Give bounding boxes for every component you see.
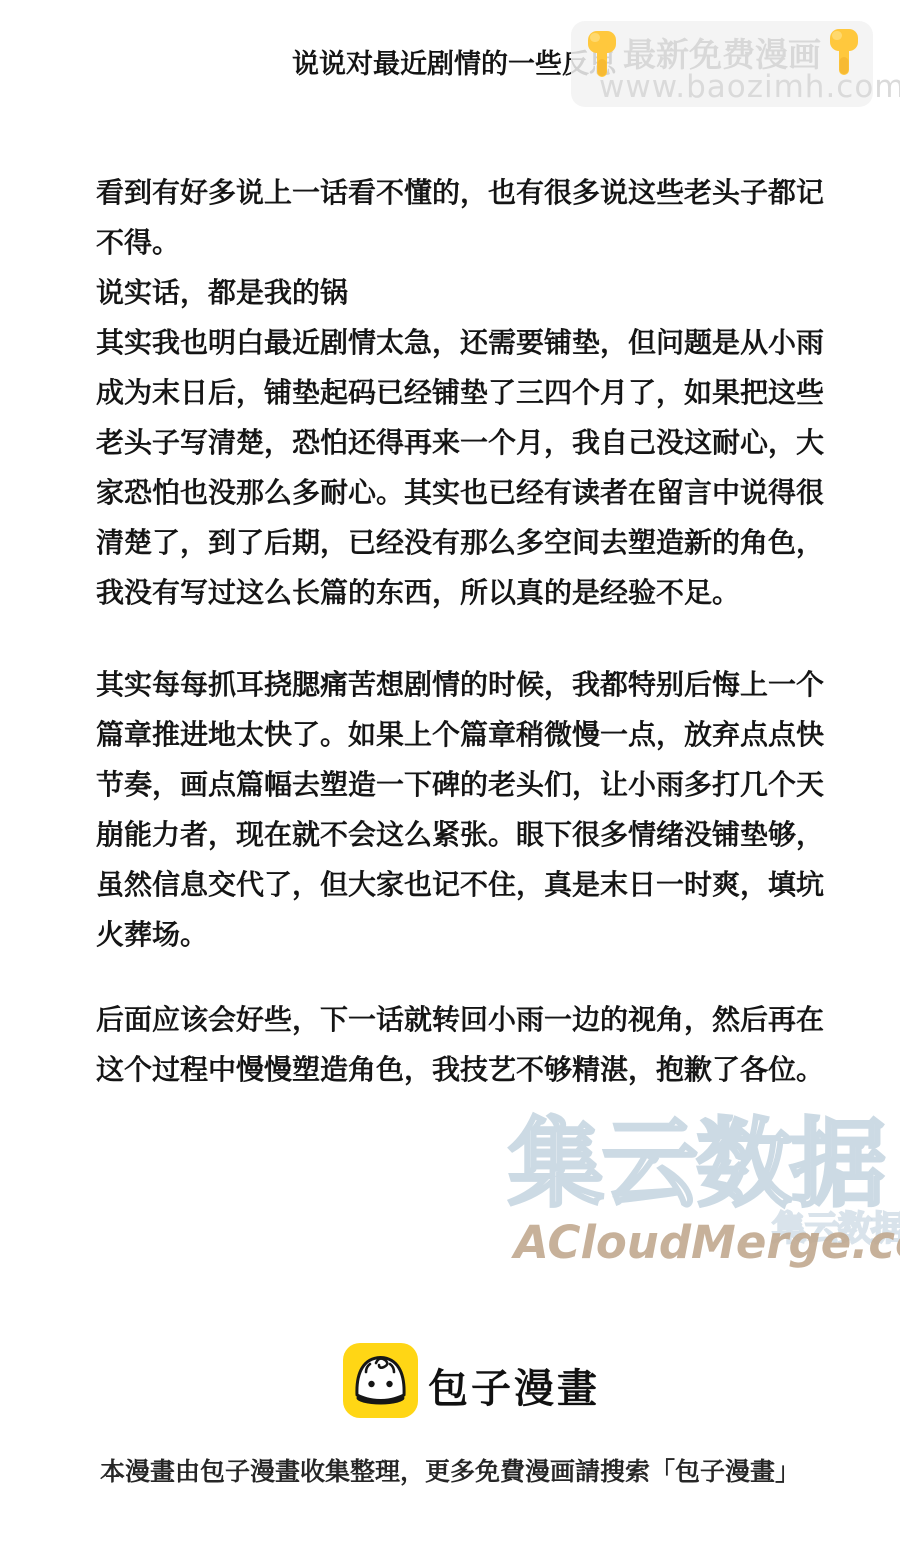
site-watermark-banner: 最新免费漫画 www.baozimh.com xyxy=(571,21,873,107)
text-line: 篇章推进地太快了。如果上个篇章稍微慢一点，放弃点点快 xyxy=(96,710,836,760)
comic-author-note-page: 说说对最近剧情的一些反思 最新免费漫画 www.baozimh.com 看到有 xyxy=(0,0,900,1555)
text-line: 清楚了，到了后期，已经没有那么多空间去塑造新的角色， xyxy=(96,518,836,568)
text-line: 成为末日后，铺垫起码已经铺垫了三四个月了，如果把这些 xyxy=(96,368,836,418)
text-line: 老头子写清楚，恐怕还得再来一个月，我自己没这耐心，大 xyxy=(96,418,836,468)
paragraph: 其实每每抓耳挠腮痛苦想剧情的时候，我都特别后悔上一个篇章推进地太快了。如果上个篇… xyxy=(96,660,836,960)
watermark-bubble-text: 集云数据 xyxy=(508,1116,884,1212)
text-line: 虽然信息交代了，但大家也记不住，真是末日一时爽，填坑 xyxy=(96,860,836,910)
page-title: 说说对最近剧情的一些反思 xyxy=(292,50,616,80)
watermark-url: www.baozimh.com xyxy=(599,69,900,105)
paragraph: 后面应该会好些，下一话就转回小雨一边的视角，然后再在这个过程中慢慢塑造角色，我技… xyxy=(96,995,836,1095)
text-line: 其实每每抓耳挠腮痛苦想剧情的时候，我都特别后悔上一个 xyxy=(96,660,836,710)
baozi-manhua-logo-text: 包子漫畫 xyxy=(428,1357,600,1414)
text-line: 看到有好多说上一话看不懂的，也有很多说这些老头子都记 xyxy=(96,168,836,218)
baozi-bun-logo-icon xyxy=(343,1343,418,1418)
text-line: 火葬场。 xyxy=(96,910,836,960)
text-line: 家恐怕也没那么多耐心。其实也已经有读者在留言中说得很 xyxy=(96,468,836,518)
paragraph: 看到有好多说上一话看不懂的，也有很多说这些老头子都记不得。说实话，都是我的锅其实… xyxy=(96,168,836,618)
author-note-body: 看到有好多说上一话看不懂的，也有很多说这些老头子都记不得。说实话，都是我的锅其实… xyxy=(96,168,836,1095)
text-line: 后面应该会好些，下一话就转回小雨一边的视角，然后再在 xyxy=(96,995,836,1045)
text-line: 不得。 xyxy=(96,218,836,268)
text-line: 我没有写过这么长篇的东西，所以真的是经验不足。 xyxy=(96,568,836,618)
text-line: 这个过程中慢慢塑造角色，我技艺不够精湛，抱歉了各位。 xyxy=(96,1045,836,1095)
text-line: 节奏，画点篇幅去塑造一下碑的老头们，让小雨多打几个天 xyxy=(96,760,836,810)
footer-collection-note: 本漫畫由包子漫畫收集整理，更多免費漫画請搜索「包子漫畫」 xyxy=(0,1452,900,1488)
text-line: 其实我也明白最近剧情太急，还需要铺垫，但问题是从小雨 xyxy=(96,318,836,368)
text-line: 说实话，都是我的锅 xyxy=(96,268,836,318)
text-line: 崩能力者，现在就不会这么紧张。眼下很多情绪没铺垫够， xyxy=(96,810,836,860)
watermark-site-url: ACloudMerge.com xyxy=(514,1220,900,1265)
